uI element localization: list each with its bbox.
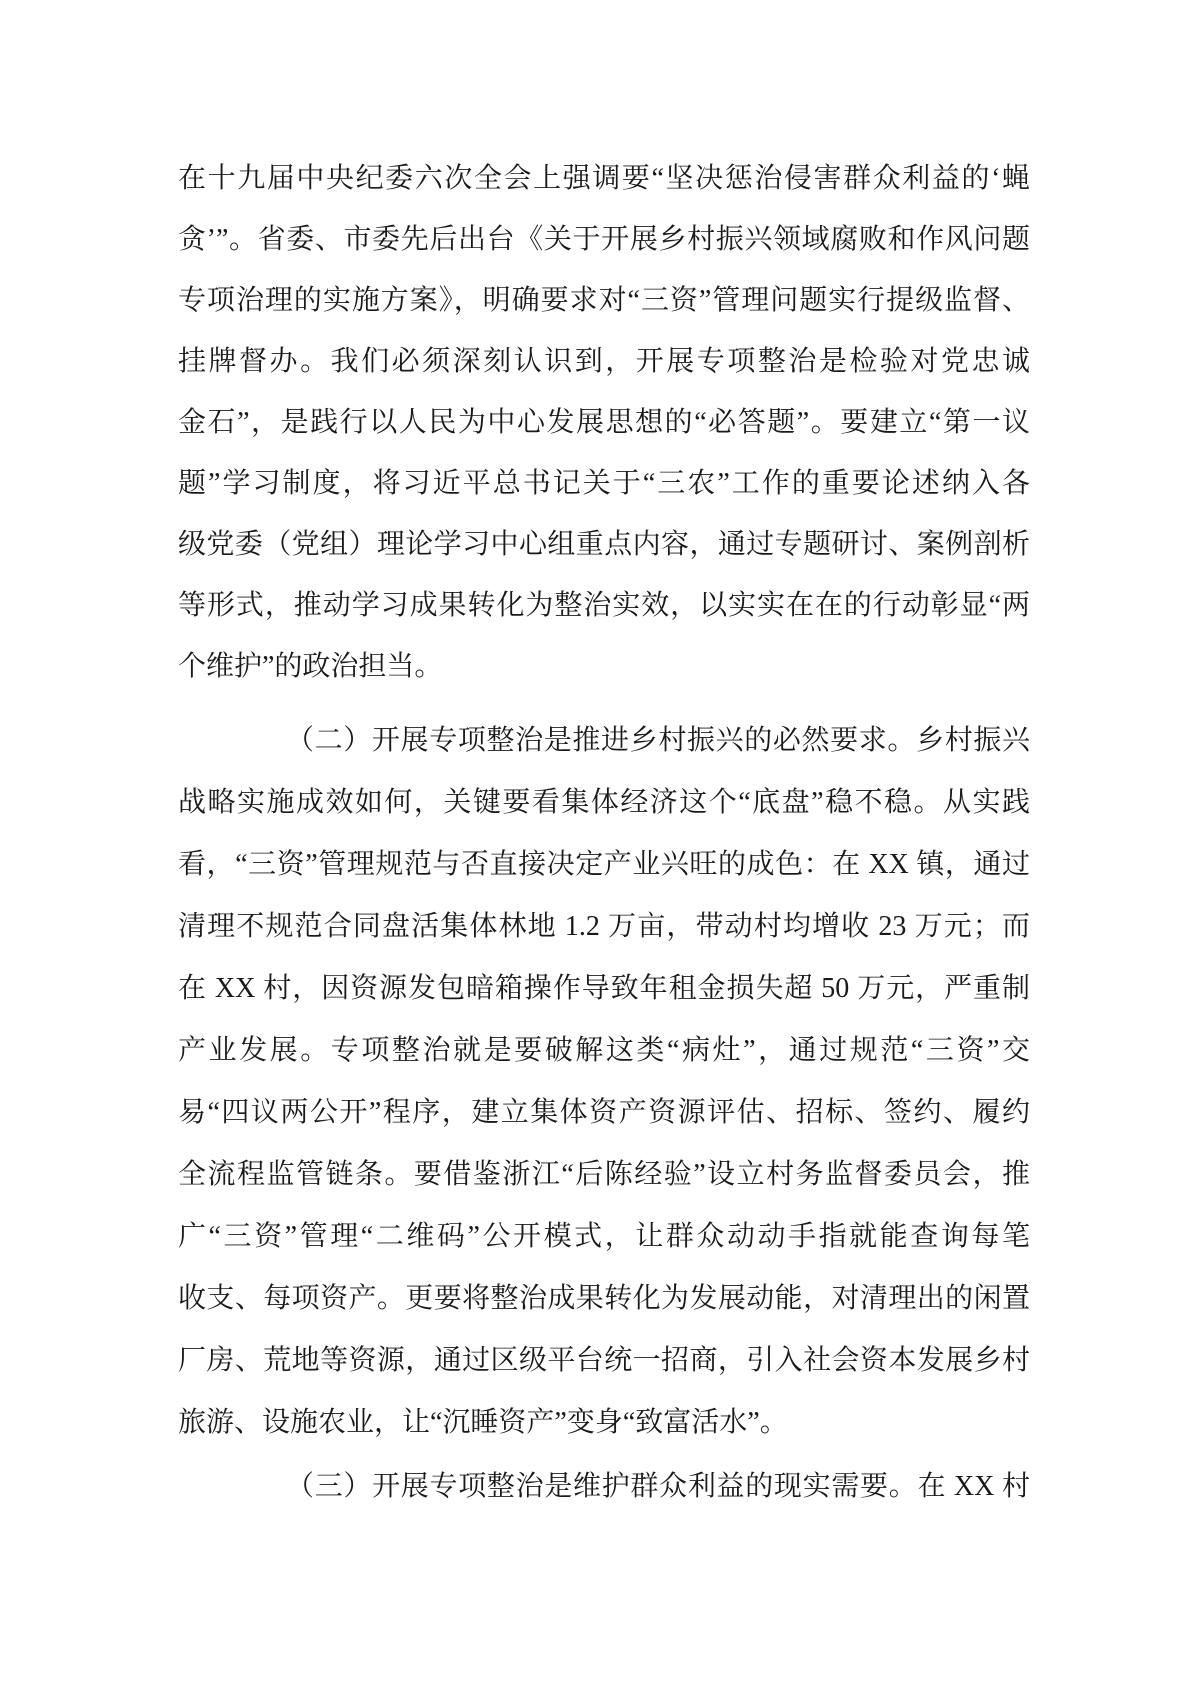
document-page: 在十九届中央纪委六次全会上强调要“坚决惩治侵害群众利益的‘蝇 贪’”。省委、市委…	[0, 0, 1190, 1683]
text-line: 厂房、荒地等资源，通过区级平台统一招商，引入社会资本发展乡村	[178, 1330, 1030, 1392]
text-line: 清理不规范合同盘活集体林地 1.2 万亩，带动村均增收 23 万元；而	[178, 896, 1030, 958]
text-line-section-heading: （二）开展专项整治是推进乡村振兴的必然要求。乡村振兴	[178, 710, 1030, 772]
text-line: 挂牌督办。我们必须深刻认识到，开展专项整治是检验对党忠诚的“试	[178, 331, 1030, 392]
document-body: 在十九届中央纪委六次全会上强调要“坚决惩治侵害群众利益的‘蝇 贪’”。省委、市委…	[178, 148, 1030, 1518]
text-line: 收支、每项资产。更要将整治成果转化为发展动能，对清理出的闲置	[178, 1268, 1030, 1330]
paragraph-section-two: （二）开展专项整治是推进乡村振兴的必然要求。乡村振兴 战略实施成效如何，关键要看…	[178, 710, 1030, 1454]
text-line: 旅游、设施农业，让“沉睡资产”变身“致富活水”。	[178, 1392, 1030, 1454]
text-line: 专项治理的实施方案》，明确要求对“三资”管理问题实行提级监督、	[178, 270, 1030, 331]
text-line: 题”学习制度，将习近平总书记关于“三农”工作的重要论述纳入各	[178, 453, 1030, 514]
paragraph-continuation: 在十九届中央纪委六次全会上强调要“坚决惩治侵害群众利益的‘蝇 贪’”。省委、市委…	[178, 148, 1030, 697]
text-line-section-heading: （三）开展专项整治是维护群众利益的现实需要。在 XX 村巡	[178, 1456, 1030, 1518]
text-line: 级党委（党组）理论学习中心组重点内容，通过专题研讨、案例剖析	[178, 514, 1030, 575]
text-line: 产业发展。专项整治就是要破解这类“病灶”，通过规范“三资”交	[178, 1020, 1030, 1082]
text-line: 贪’”。省委、市委先后出台《关于开展乡村振兴领域腐败和作风问题	[178, 209, 1030, 270]
text-line: 战略实施成效如何，关键要看集体经济这个“底盘”稳不稳。从实践	[178, 772, 1030, 834]
text-line: 金石”，是践行以人民为中心发展思想的“必答题”。要建立“第一议	[178, 392, 1030, 453]
text-line: 等形式，推动学习成果转化为整治实效，以实实在在的行动彰显“两	[178, 575, 1030, 636]
text-line: 全流程监管链条。要借鉴浙江“后陈经验”设立村务监督委员会，推	[178, 1144, 1030, 1206]
text-line: 在 XX 村，因资源发包暗箱操作导致年租金损失超 50 万元，严重制约	[178, 958, 1030, 1020]
text-line: 看，“三资”管理规范与否直接决定产业兴旺的成色：在 XX 镇，通过	[178, 834, 1030, 896]
paragraph-section-three: （三）开展专项整治是维护群众利益的现实需要。在 XX 村巡	[178, 1456, 1030, 1518]
text-line: 个维护”的政治担当。	[178, 636, 1030, 697]
text-line: 在十九届中央纪委六次全会上强调要“坚决惩治侵害群众利益的‘蝇	[178, 148, 1030, 209]
text-line: 易“四议两公开”程序，建立集体资产资源评估、招标、签约、履约	[178, 1082, 1030, 1144]
text-line: 广“三资”管理“二维码”公开模式，让群众动动手指就能查询每笔	[178, 1206, 1030, 1268]
